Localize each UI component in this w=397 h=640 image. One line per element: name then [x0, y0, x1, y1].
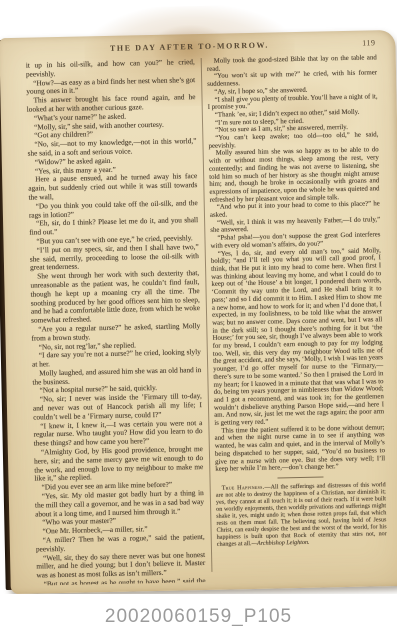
scan-label: 20020060159_P105: [105, 606, 292, 628]
photo-frame: THE DAY AFTER TO-MORROW. 119 it up in hi…: [0, 0, 397, 640]
paragraph: She went through her work with such dext…: [30, 269, 200, 325]
footnote: True Happiness.—All the sufferings and d…: [216, 482, 387, 549]
page-content: THE DAY AFTER TO-MORROW. 119 it up in hi…: [25, 38, 388, 585]
footnote-attribution: —Archbishop Leighton.: [251, 540, 309, 547]
footnote-lead: True Happiness.: [222, 485, 265, 492]
footnote-rule: [277, 476, 323, 478]
scan-label-strip: 20020060159_P105: [0, 594, 397, 640]
running-title: THE DAY AFTER TO-MORROW.: [13, 39, 365, 55]
paragraph: “Almighty God, by His good providence, b…: [34, 445, 204, 484]
right-column: Molly took the good-sized Bible that lay…: [207, 54, 388, 581]
footnote-text: —All the sufferings and distresses of th…: [216, 482, 387, 548]
book-page: THE DAY AFTER TO-MORROW. 119 it up in hi…: [0, 30, 397, 594]
paragraph: “But not as honest as he ought to have b…: [37, 577, 206, 586]
page-number: 119: [362, 38, 375, 47]
paragraph: This time the patient suffered it to be …: [214, 424, 385, 474]
text-columns: it up in his oil-silk, and how can you?”…: [26, 54, 389, 585]
paragraph: Molly assured him she was so happy as to…: [209, 147, 380, 204]
left-column: it up in his oil-silk, and how can you?”…: [26, 58, 206, 585]
right-column-paragraphs: Molly took the good-sized Bible that lay…: [207, 54, 386, 473]
paragraph: “Yes, I do, sir, and every old man’s too…: [211, 247, 385, 428]
paragraph: “Yes, sir. My old master got badly hurt …: [35, 489, 205, 519]
